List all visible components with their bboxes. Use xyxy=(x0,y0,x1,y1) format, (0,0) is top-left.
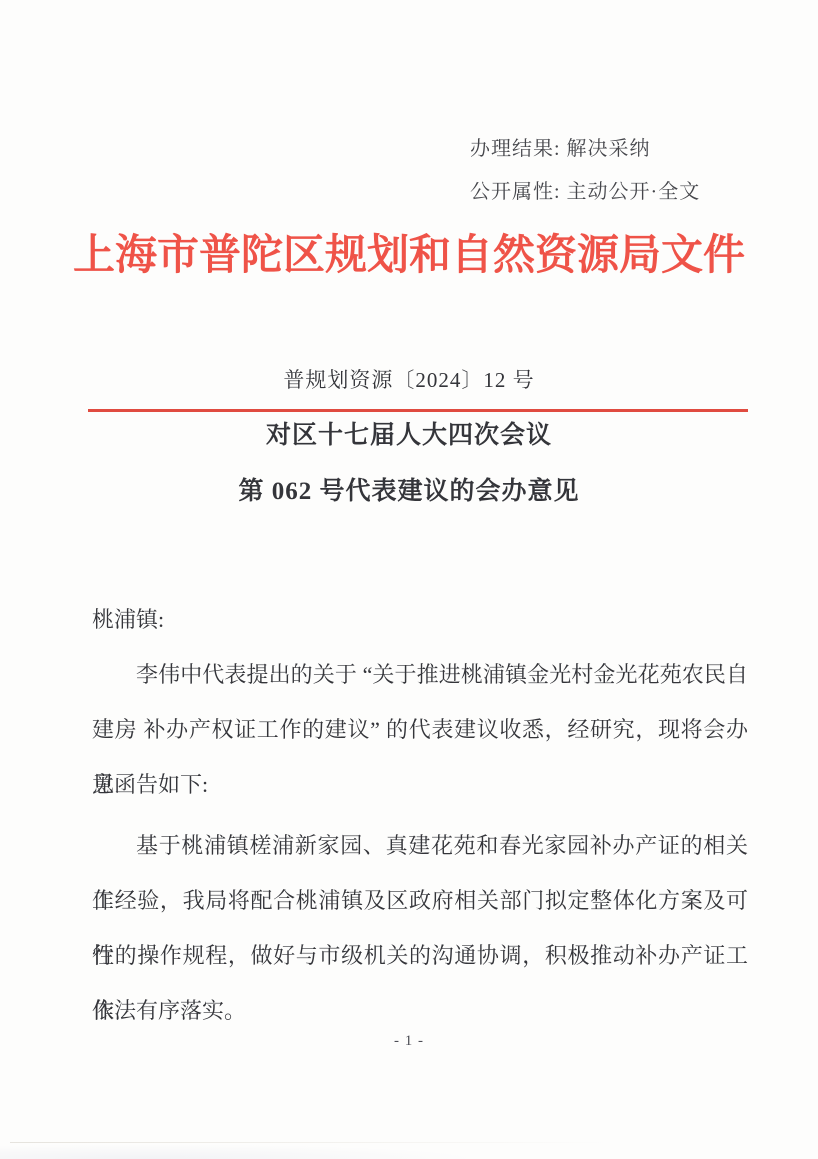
scanned-document-page: 办理结果: 解决采纳 公开属性: 主动公开·全文 上海市普陀区规划和自然资源局文… xyxy=(0,0,818,1159)
body-line: 见函告如下: xyxy=(92,757,748,812)
body-line: 建房 补办产权证工作的建议” 的代表建议收悉，经研究，现将会办意 xyxy=(92,702,748,757)
subject-line-1: 对区十七届人大四次会议 xyxy=(0,416,818,456)
document-body: 桃浦镇: 李伟中代表提出的关于 “关于推进桃浦镇金光村金光花苑农民自 建房 补办… xyxy=(92,592,748,1038)
body-line: 基于桃浦镇槎浦新家园、真建花苑和春光家园补办产证的相关工 xyxy=(92,818,748,873)
body-line: 作经验，我局将配合桃浦镇及区政府相关部门拟定整体化方案及可行 xyxy=(92,873,748,928)
processing-result: 办理结果: 解决采纳 xyxy=(470,128,700,171)
scan-artifact-smudge xyxy=(0,1144,480,1159)
body-line: 李伟中代表提出的关于 “关于推进桃浦镇金光村金光花苑农民自 xyxy=(92,647,748,702)
red-divider-rule xyxy=(88,409,748,412)
document-subject: 对区十七届人大四次会议 第 062 号代表建议的会办意见 xyxy=(0,416,818,512)
letterhead-title: 上海市普陀区规划和自然资源局文件 xyxy=(0,228,818,284)
salutation: 桃浦镇: xyxy=(92,592,748,647)
page-number: - 1 - xyxy=(0,1030,818,1052)
document-number: 普规划资源〔2024〕12 号 xyxy=(0,362,818,398)
scan-artifact-line xyxy=(10,1142,610,1143)
body-line: 性的操作规程，做好与市级机关的沟通协调，积极推动补办产证工作 xyxy=(92,928,748,983)
disclosure-attribute: 公开属性: 主动公开·全文 xyxy=(470,171,700,214)
subject-line-2: 第 062 号代表建议的会办意见 xyxy=(0,472,818,512)
processing-meta: 办理结果: 解决采纳 公开属性: 主动公开·全文 xyxy=(470,128,700,214)
